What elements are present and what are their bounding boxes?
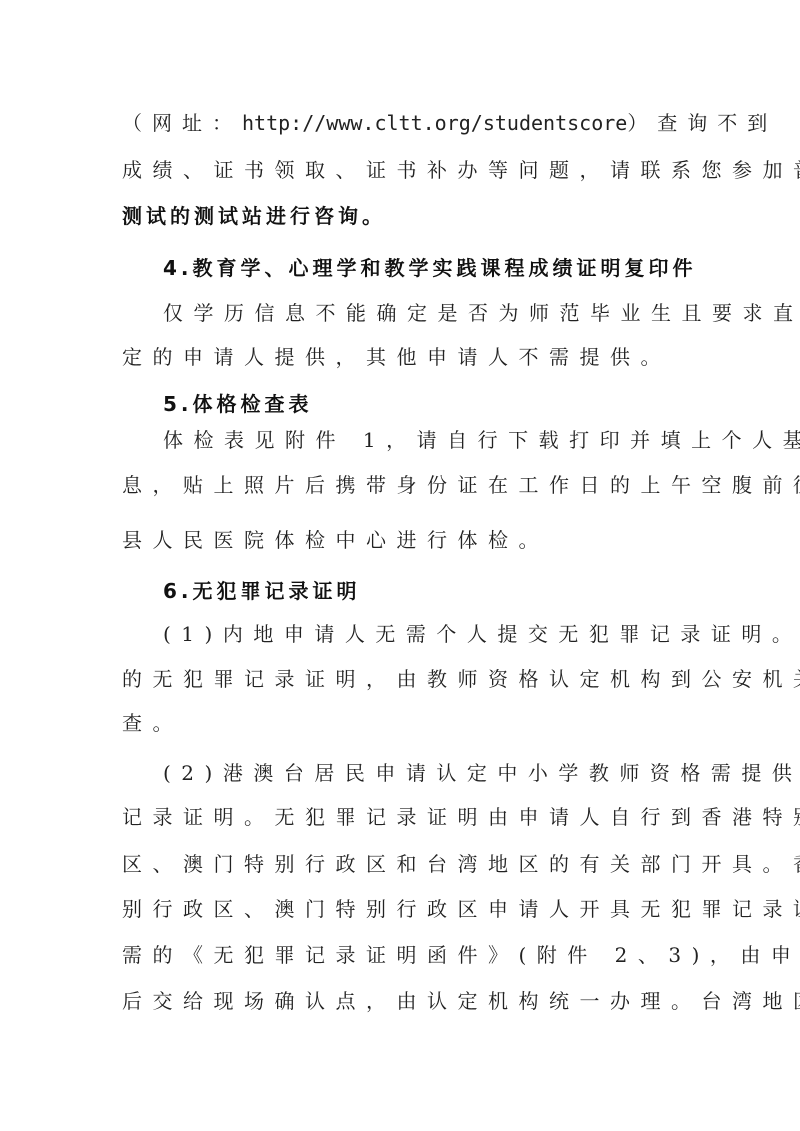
body-line: 查。 [122, 708, 682, 738]
body-line: 仅学历信息不能确定是否为师范毕业生且要求直接认 [163, 298, 683, 328]
url-prefix: （网址： [122, 111, 242, 135]
body-line: 息，贴上照片后携带身份证在工作日的上午空腹前往乳源 [122, 470, 682, 500]
body-line: 县人民医院体检中心进行体检。 [122, 525, 682, 555]
document-page: （网址：http://www.cltt.org/studentscore）查询不… [0, 0, 800, 1131]
url-link[interactable]: http://www.cltt.org/studentscore [242, 111, 627, 135]
body-line: 的无犯罪记录证明，由教师资格认定机构到公安机关核 [122, 664, 682, 694]
section-heading-4: 4.教育学、心理学和教学实践课程成绩证明复印件 [163, 253, 683, 283]
section-heading-6: 6.无犯罪记录证明 [163, 576, 683, 606]
body-line: (1)内地申请人无需个人提交无犯罪记录证明。申请人 [163, 619, 683, 649]
body-line: 记录证明。无犯罪记录证明由申请人自行到香港特别行政 [122, 802, 682, 832]
url-line: （网址：http://www.cltt.org/studentscore）查询不… [122, 108, 682, 138]
body-line: 后交给现场确认点，由认定机构统一办理。台湾地区的申 [122, 986, 682, 1016]
url-suffix: ）查询不到 [627, 111, 777, 135]
body-line: (2)港澳台居民申请认定中小学教师资格需提供无犯罪 [163, 758, 683, 788]
body-line: 区、澳门特别行政区和台湾地区的有关部门开具。香港特 [122, 849, 682, 879]
body-line: 别行政区、澳门特别行政区申请人开具无犯罪记录证明所 [122, 894, 682, 924]
body-line: 定的申请人提供，其他申请人不需提供。 [122, 342, 682, 372]
body-line: 成绩、证书领取、证书补办等问题，请联系您参加普通话 [122, 155, 682, 185]
section-heading-5: 5.体格检查表 [163, 389, 683, 419]
body-line: 体检表见附件 1，请自行下载打印并填上个人基本信 [163, 425, 683, 455]
body-line: 需的《无犯罪记录证明函件》(附件 2、3)，由申请人填写 [122, 940, 682, 970]
body-line: 测试的测试站进行咨询。 [122, 201, 682, 231]
